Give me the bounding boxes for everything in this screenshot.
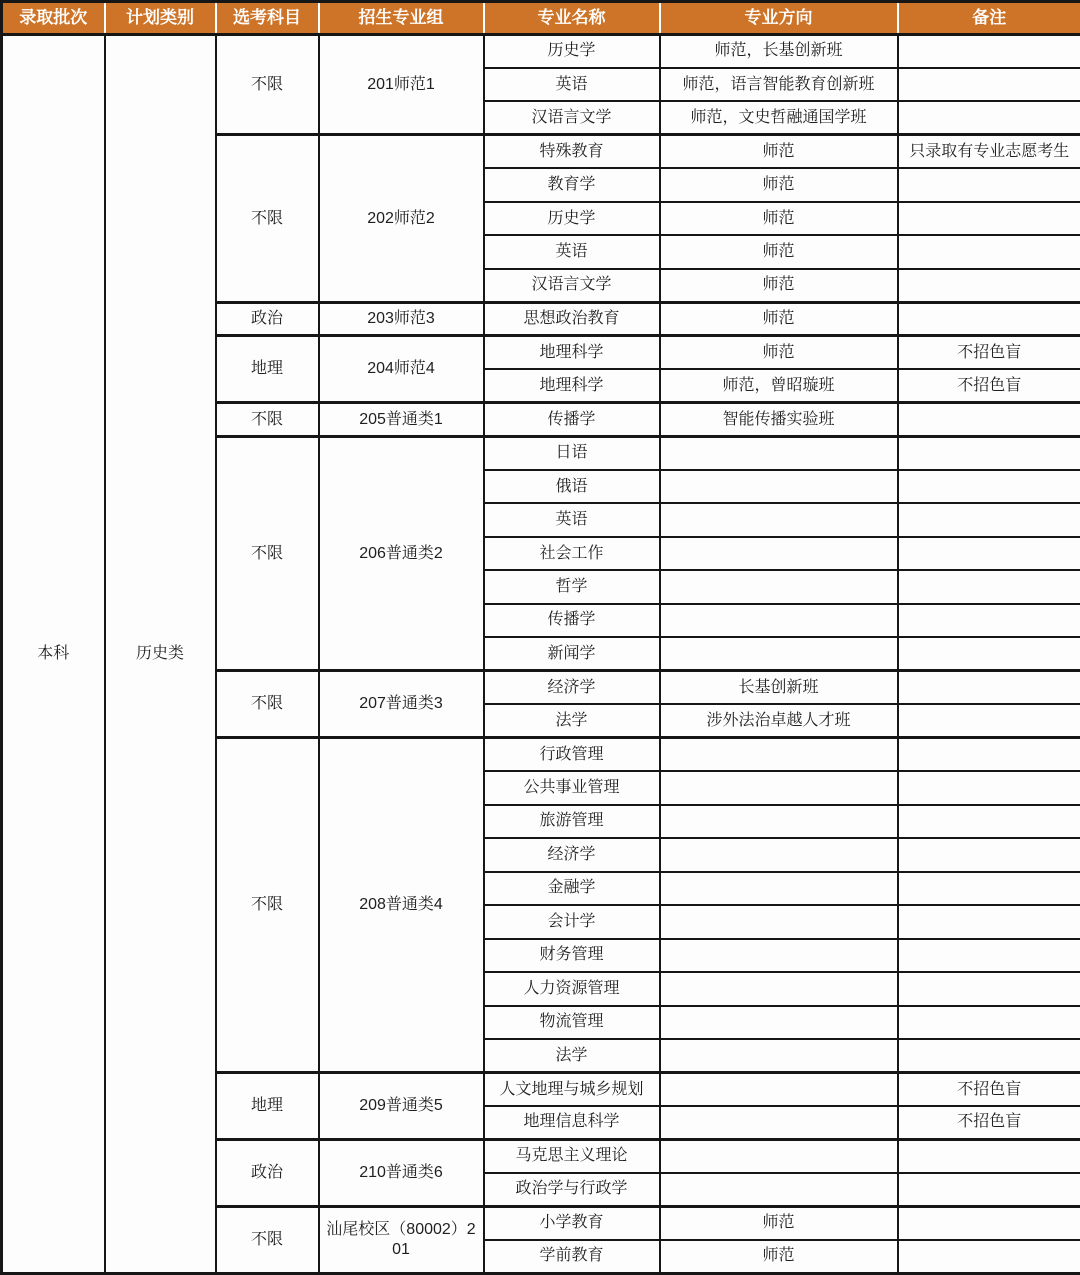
- remark-cell: [898, 905, 1080, 938]
- direction-cell: [660, 1139, 898, 1172]
- major-cell: 经济学: [484, 671, 660, 704]
- remark-cell: [898, 68, 1080, 101]
- header-category: 计划类别: [105, 2, 216, 35]
- remark-cell: [898, 1206, 1080, 1239]
- direction-cell: 师范，曾昭璇班: [660, 369, 898, 402]
- subject-cell: 政治: [216, 1139, 319, 1206]
- major-cell: 物流管理: [484, 1006, 660, 1039]
- subject-cell: 不限: [216, 135, 319, 302]
- direction-cell: [660, 1006, 898, 1039]
- remark-cell: [898, 1240, 1080, 1274]
- direction-cell: [660, 972, 898, 1005]
- subject-cell: 政治: [216, 302, 319, 335]
- group-cell: 209普通类5: [319, 1073, 484, 1140]
- remark-cell: [898, 972, 1080, 1005]
- major-cell: 思想政治教育: [484, 302, 660, 335]
- direction-cell: [660, 738, 898, 771]
- group-cell: 210普通类6: [319, 1139, 484, 1206]
- major-cell: 日语: [484, 436, 660, 469]
- direction-cell: [660, 537, 898, 570]
- remark-cell: [898, 671, 1080, 704]
- major-cell: 汉语言文学: [484, 269, 660, 302]
- direction-cell: 师范: [660, 135, 898, 168]
- subject-cell: 不限: [216, 436, 319, 670]
- group-cell: 207普通类3: [319, 671, 484, 738]
- subject-cell: 地理: [216, 1073, 319, 1140]
- remark-cell: [898, 1139, 1080, 1172]
- header-subject: 选考科目: [216, 2, 319, 35]
- header-batch: 录取批次: [2, 2, 105, 35]
- batch-cell: 本科: [2, 35, 105, 1274]
- major-cell: 金融学: [484, 872, 660, 905]
- major-cell: 小学教育: [484, 1206, 660, 1239]
- direction-cell: [660, 570, 898, 603]
- direction-cell: [660, 1073, 898, 1106]
- group-cell: 204师范4: [319, 336, 484, 403]
- direction-cell: [660, 1106, 898, 1139]
- major-cell: 公共事业管理: [484, 771, 660, 804]
- major-cell: 马克思主义理论: [484, 1139, 660, 1172]
- remark-cell: [898, 637, 1080, 670]
- major-cell: 传播学: [484, 604, 660, 637]
- remark-cell: [898, 202, 1080, 235]
- subject-cell: 不限: [216, 738, 319, 1073]
- direction-cell: [660, 637, 898, 670]
- remark-cell: [898, 838, 1080, 871]
- major-cell: 政治学与行政学: [484, 1173, 660, 1206]
- subject-cell: 不限: [216, 403, 319, 436]
- direction-cell: [660, 503, 898, 536]
- major-cell: 旅游管理: [484, 805, 660, 838]
- group-cell: 205普通类1: [319, 403, 484, 436]
- header-major: 专业名称: [484, 2, 660, 35]
- direction-cell: [660, 470, 898, 503]
- group-cell: 206普通类2: [319, 436, 484, 670]
- direction-cell: [660, 1173, 898, 1206]
- direction-cell: [660, 838, 898, 871]
- remark-cell: [898, 235, 1080, 268]
- major-cell: 地理科学: [484, 336, 660, 369]
- table-row: 本科历史类不限201师范1历史学师范，长基创新班: [2, 35, 1080, 68]
- major-cell: 特殊教育: [484, 135, 660, 168]
- remark-cell: [898, 1173, 1080, 1206]
- group-cell: 203师范3: [319, 302, 484, 335]
- major-cell: 法学: [484, 1039, 660, 1072]
- remark-cell: [898, 168, 1080, 201]
- direction-cell: 师范: [660, 168, 898, 201]
- subject-cell: 地理: [216, 336, 319, 403]
- category-cell: 历史类: [105, 35, 216, 1274]
- major-cell: 哲学: [484, 570, 660, 603]
- remark-cell: [898, 269, 1080, 302]
- major-cell: 历史学: [484, 35, 660, 68]
- major-cell: 汉语言文学: [484, 101, 660, 134]
- major-cell: 英语: [484, 235, 660, 268]
- remark-cell: 不招色盲: [898, 336, 1080, 369]
- admission-plan-table: 录取批次 计划类别 选考科目 招生专业组 专业名称 专业方向 备注 本科历史类不…: [0, 0, 1080, 1275]
- direction-cell: 师范: [660, 1240, 898, 1274]
- direction-cell: 师范: [660, 235, 898, 268]
- direction-cell: [660, 805, 898, 838]
- direction-cell: [660, 436, 898, 469]
- table-header: 录取批次 计划类别 选考科目 招生专业组 专业名称 专业方向 备注: [2, 2, 1080, 35]
- subject-cell: 不限: [216, 1206, 319, 1273]
- header-direction: 专业方向: [660, 2, 898, 35]
- direction-cell: 师范，文史哲融通国学班: [660, 101, 898, 134]
- remark-cell: 不招色盲: [898, 369, 1080, 402]
- remark-cell: [898, 704, 1080, 737]
- major-cell: 行政管理: [484, 738, 660, 771]
- major-cell: 财务管理: [484, 939, 660, 972]
- major-cell: 法学: [484, 704, 660, 737]
- major-cell: 人文地理与城乡规划: [484, 1073, 660, 1106]
- remark-cell: [898, 570, 1080, 603]
- remark-cell: 不招色盲: [898, 1073, 1080, 1106]
- header-remark: 备注: [898, 2, 1080, 35]
- direction-cell: [660, 771, 898, 804]
- major-cell: 新闻学: [484, 637, 660, 670]
- remark-cell: [898, 805, 1080, 838]
- remark-cell: [898, 1006, 1080, 1039]
- direction-cell: 师范，语言智能教育创新班: [660, 68, 898, 101]
- remark-cell: [898, 470, 1080, 503]
- direction-cell: 师范: [660, 202, 898, 235]
- remark-cell: 只录取有专业志愿考生: [898, 135, 1080, 168]
- major-cell: 地理信息科学: [484, 1106, 660, 1139]
- major-cell: 英语: [484, 68, 660, 101]
- major-cell: 经济学: [484, 838, 660, 871]
- header-group: 招生专业组: [319, 2, 484, 35]
- remark-cell: [898, 604, 1080, 637]
- direction-cell: 师范，长基创新班: [660, 35, 898, 68]
- direction-cell: [660, 905, 898, 938]
- direction-cell: [660, 1039, 898, 1072]
- remark-cell: [898, 35, 1080, 68]
- direction-cell: [660, 939, 898, 972]
- group-cell: 202师范2: [319, 135, 484, 302]
- major-cell: 学前教育: [484, 1240, 660, 1274]
- direction-cell: 师范: [660, 1206, 898, 1239]
- group-cell: 汕尾校区（80002）201: [319, 1206, 484, 1273]
- table-body: 本科历史类不限201师范1历史学师范，长基创新班英语师范，语言智能教育创新班汉语…: [2, 35, 1080, 1274]
- direction-cell: [660, 604, 898, 637]
- major-cell: 人力资源管理: [484, 972, 660, 1005]
- major-cell: 会计学: [484, 905, 660, 938]
- subject-cell: 不限: [216, 35, 319, 135]
- major-cell: 英语: [484, 503, 660, 536]
- remark-cell: 不招色盲: [898, 1106, 1080, 1139]
- remark-cell: [898, 1039, 1080, 1072]
- remark-cell: [898, 503, 1080, 536]
- remark-cell: [898, 101, 1080, 134]
- major-cell: 传播学: [484, 403, 660, 436]
- major-cell: 俄语: [484, 470, 660, 503]
- remark-cell: [898, 302, 1080, 335]
- direction-cell: 师范: [660, 336, 898, 369]
- remark-cell: [898, 436, 1080, 469]
- remark-cell: [898, 403, 1080, 436]
- remark-cell: [898, 537, 1080, 570]
- direction-cell: 智能传播实验班: [660, 403, 898, 436]
- header-row: 录取批次 计划类别 选考科目 招生专业组 专业名称 专业方向 备注: [2, 2, 1080, 35]
- major-cell: 教育学: [484, 168, 660, 201]
- subject-cell: 不限: [216, 671, 319, 738]
- direction-cell: 长基创新班: [660, 671, 898, 704]
- major-cell: 历史学: [484, 202, 660, 235]
- remark-cell: [898, 738, 1080, 771]
- major-cell: 地理科学: [484, 369, 660, 402]
- group-cell: 201师范1: [319, 35, 484, 135]
- major-cell: 社会工作: [484, 537, 660, 570]
- group-cell: 208普通类4: [319, 738, 484, 1073]
- remark-cell: [898, 939, 1080, 972]
- remark-cell: [898, 872, 1080, 905]
- direction-cell: 师范: [660, 302, 898, 335]
- remark-cell: [898, 771, 1080, 804]
- direction-cell: 涉外法治卓越人才班: [660, 704, 898, 737]
- direction-cell: 师范: [660, 269, 898, 302]
- direction-cell: [660, 872, 898, 905]
